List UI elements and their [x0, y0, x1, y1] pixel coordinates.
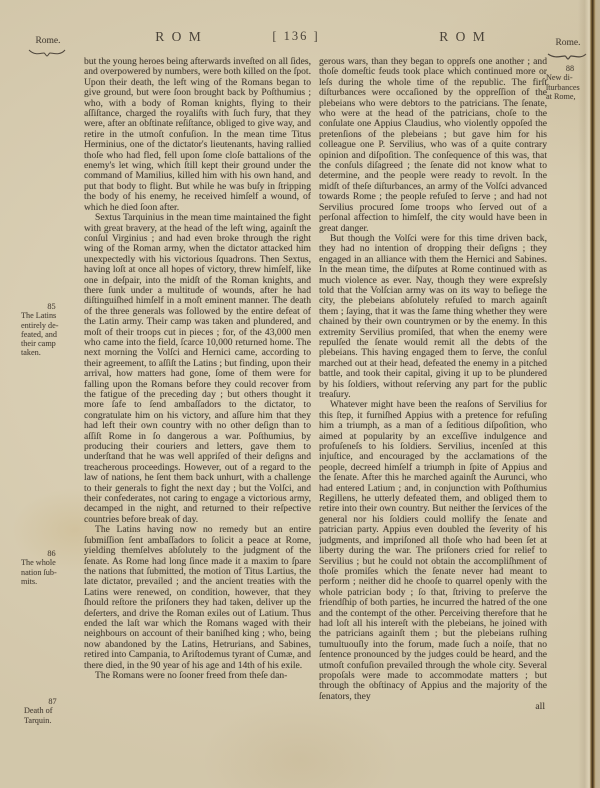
text-column-left: but the young heroes being afterwards in… — [84, 57, 311, 747]
paragraph: The Latins having now no remedy but an e… — [84, 525, 311, 671]
paragraph: But though the Volſci were for this time… — [319, 234, 547, 401]
margin-note-number: 85 — [21, 302, 82, 311]
paragraph: gerous wars, than they began to oppreſs … — [319, 57, 547, 234]
text-column-right: gerous wars, than they began to oppreſs … — [319, 57, 547, 747]
paragraph: Sextus Tarquinius in the mean time maint… — [84, 213, 311, 525]
margin-note-text: Death of Tarquin. — [24, 706, 81, 725]
running-head-left: Rome. — [24, 36, 72, 46]
paragraph: The Romans were no ſooner freed from the… — [84, 671, 311, 681]
margin-note-85: 85 The Latins entirely de- feated, and t… — [21, 302, 82, 358]
margin-note-86: 86 The whole nation ſub- mits. — [21, 549, 82, 586]
paragraph: but the young heroes being afterwards in… — [84, 57, 311, 213]
page-binding-edge — [578, 0, 600, 788]
margin-note-text: The whole nation ſub- mits. — [21, 558, 82, 586]
header-title-right: R O M — [439, 29, 487, 45]
catchword: all — [319, 702, 547, 712]
brace-ornament-icon — [27, 48, 67, 58]
header-title-left: R O M — [155, 29, 203, 45]
header-page-number: [ 136 ] — [272, 29, 319, 44]
book-page: R O M [ 136 ] R O M Rome. Rome. 85 The L… — [0, 0, 600, 788]
margin-note-number: 87 — [24, 697, 81, 706]
margin-note-87: 87 Death of Tarquin. — [24, 697, 81, 725]
paragraph: Whatever might have been the reaſons of … — [319, 400, 547, 702]
margin-note-text: The Latins entirely de- feated, and thei… — [21, 311, 82, 357]
margin-note-number: 86 — [21, 549, 82, 558]
